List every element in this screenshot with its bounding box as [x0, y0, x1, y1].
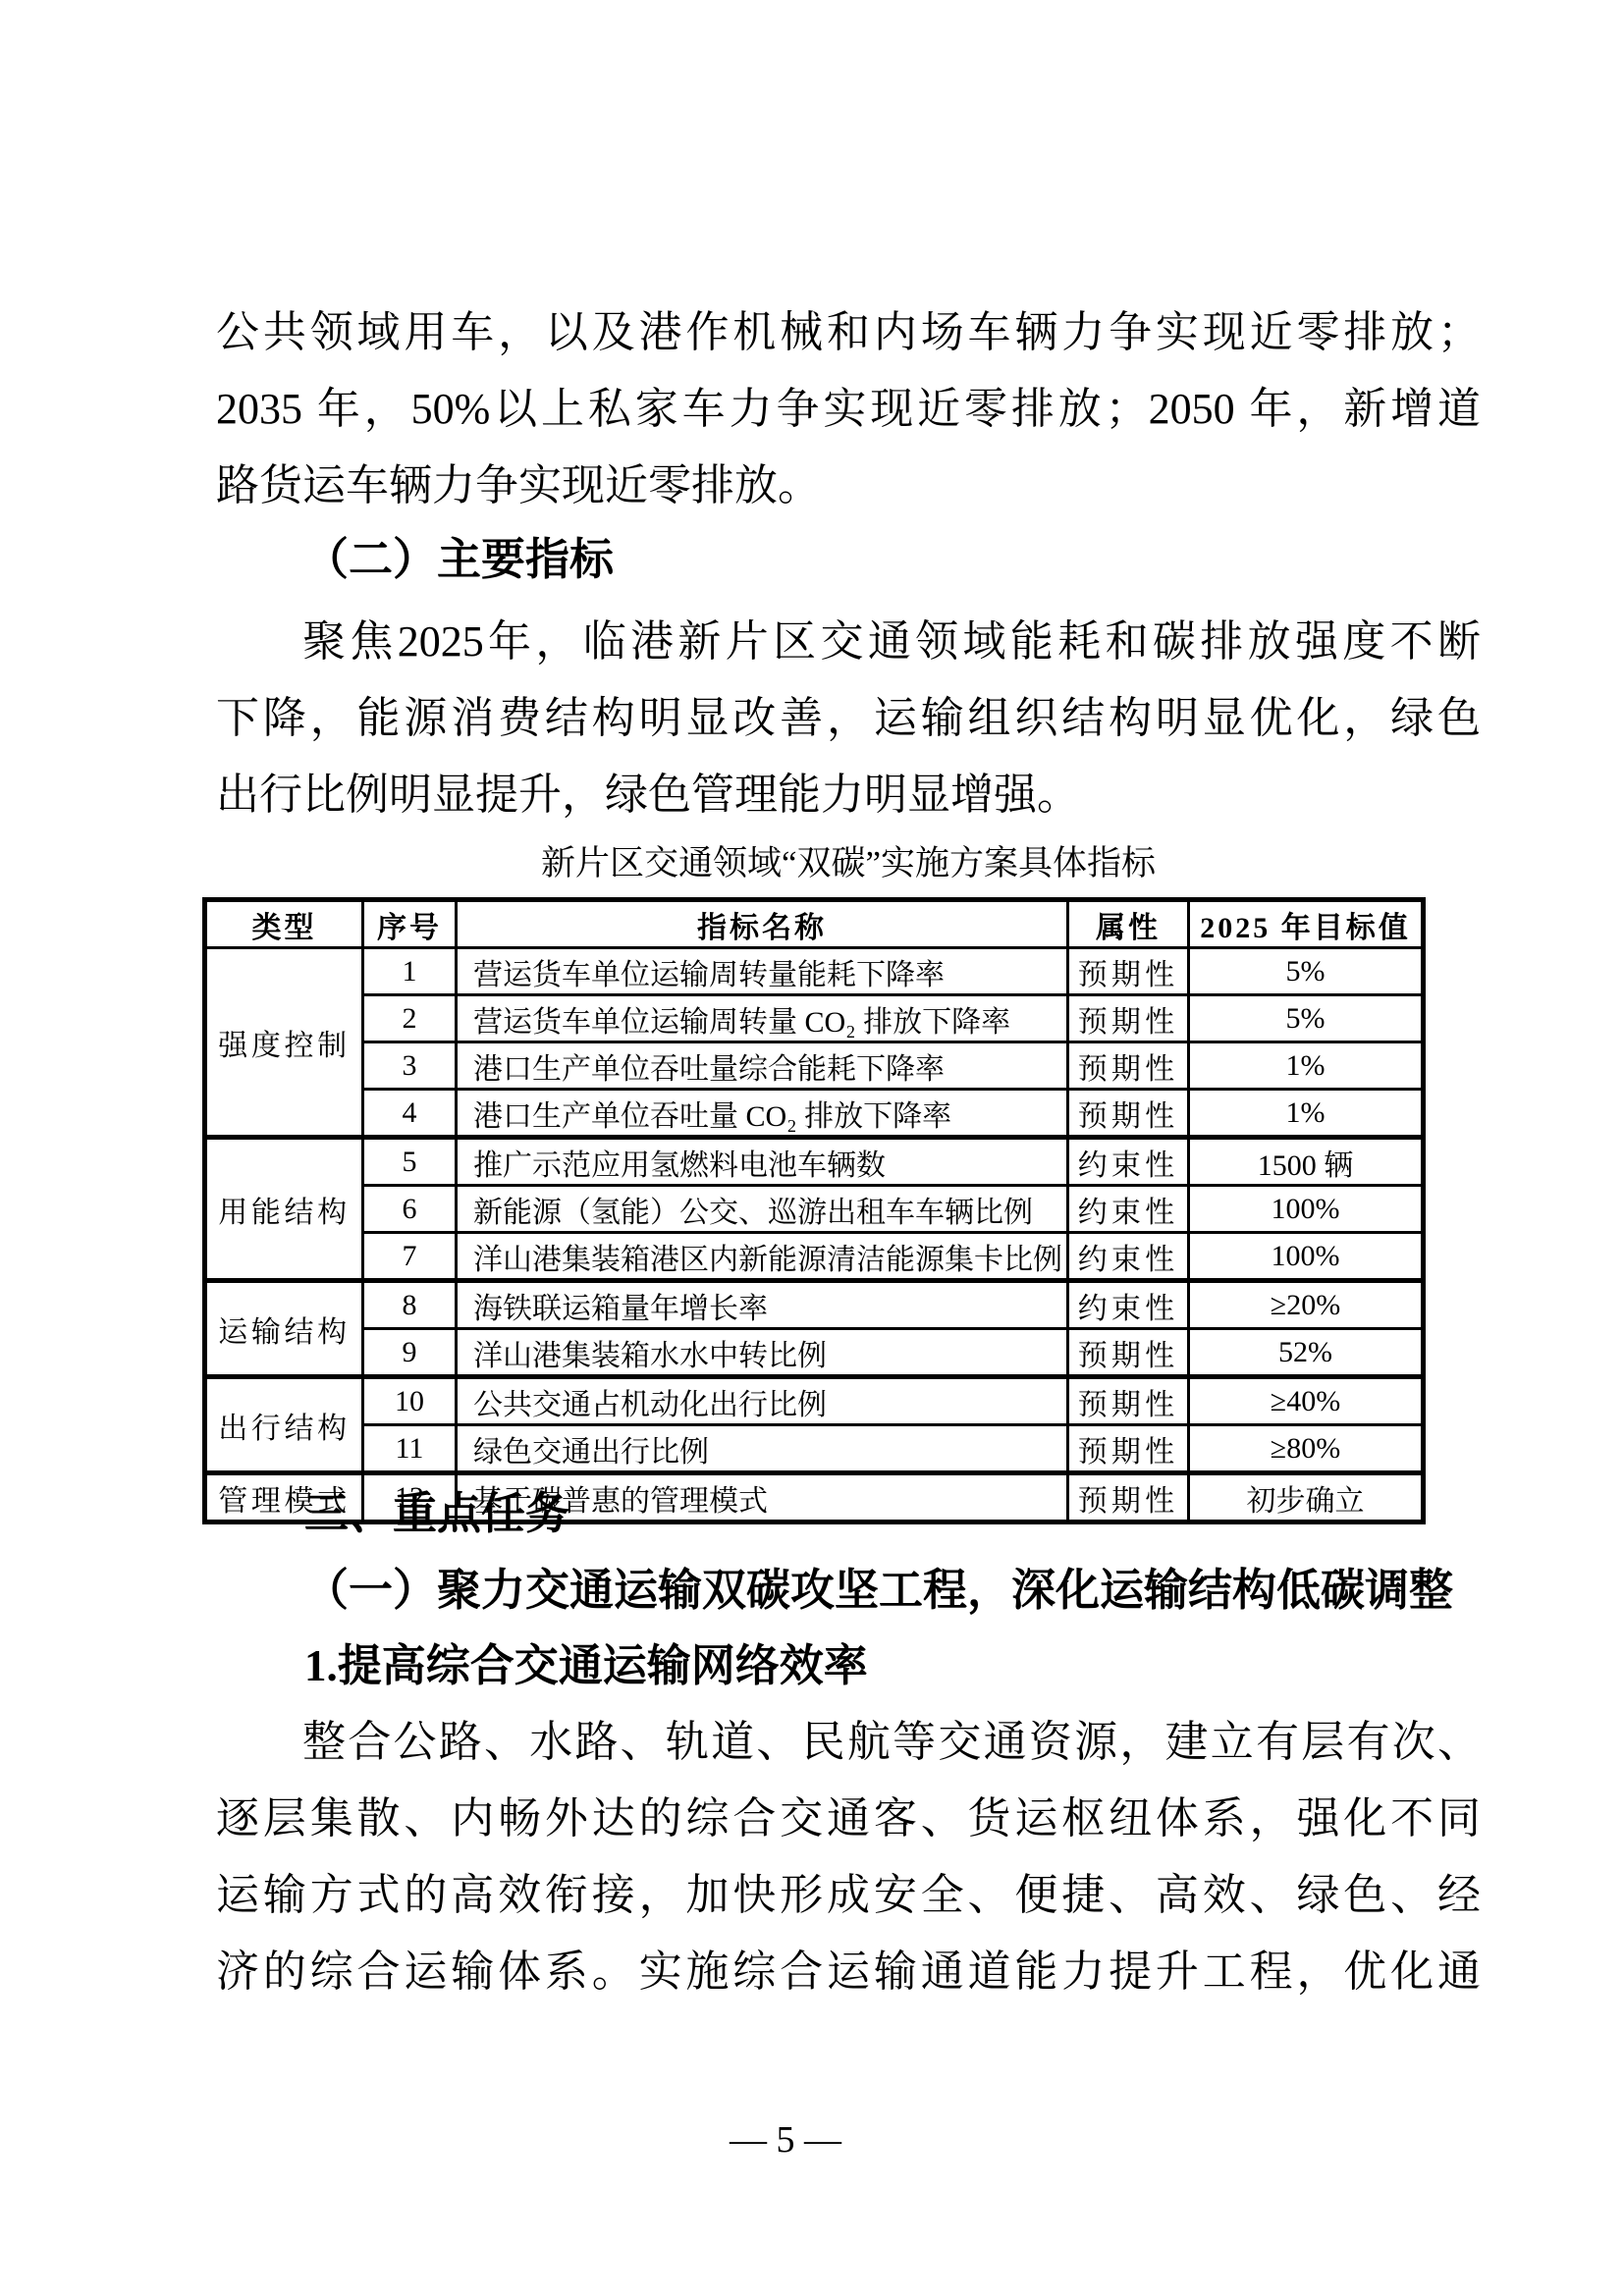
indicator-table: 类型 序号 指标名称 属性 2025 年目标值 强度控制 1 营运货车单位运输周…	[202, 897, 1426, 1524]
table-row: 强度控制 1 营运货车单位运输周转量能耗下降率 预期性 5%	[205, 948, 1424, 995]
paragraph-line: 2035 年，50%以上私家车力争实现近零排放；2050 年，新增道	[216, 371, 1481, 448]
attr-cell: 预期性	[1068, 948, 1189, 995]
paragraph-line: 公共领域用车，以及港作机械和内场车辆力争实现近零排放；	[216, 294, 1481, 371]
type-cell: 出行结构	[205, 1377, 363, 1473]
name-cell: 港口生产单位吞吐量综合能耗下降率	[457, 1042, 1068, 1090]
target-cell: 100%	[1189, 1186, 1424, 1233]
table-row: 7 洋山港集装箱港区内新能源清洁能源集卡比例 约束性 100%	[205, 1233, 1424, 1281]
name-cell: 海铁联运箱量年增长率	[457, 1281, 1068, 1329]
attr-cell: 预期性	[1068, 1377, 1189, 1425]
section-heading-3-text: 三、重点任务	[216, 1489, 569, 1538]
paragraph-line: 出行比例明显提升，绿色管理能力明显增强。	[216, 757, 1481, 833]
no-cell: 11	[363, 1425, 457, 1473]
section-heading-3: 三、重点任务	[216, 1475, 1481, 1552]
paragraph-line: 运输方式的高效衔接，加快形成安全、便捷、高效、绿色、经	[216, 1857, 1481, 1934]
name-cell: 公共交通占机动化出行比例	[457, 1377, 1068, 1425]
target-cell: 5%	[1189, 948, 1424, 995]
no-cell: 9	[363, 1329, 457, 1377]
no-cell: 3	[363, 1042, 457, 1090]
target-cell: 1%	[1189, 1042, 1424, 1090]
table-row: 2 营运货车单位运输周转量 CO₂ 排放下降率 预期性 5%	[205, 995, 1424, 1042]
paragraph-line: 整合公路、水路、轨道、民航等交通资源，建立有层有次、	[216, 1704, 1481, 1781]
target-cell: 52%	[1189, 1329, 1424, 1377]
target-cell: 1%	[1189, 1090, 1424, 1138]
target-cell: 1500 辆	[1189, 1138, 1424, 1186]
type-cell: 强度控制	[205, 948, 363, 1138]
attr-cell: 约束性	[1068, 1281, 1189, 1329]
paragraph-line: 路货运车辆力争实现近零排放。	[216, 448, 1481, 524]
no-cell: 8	[363, 1281, 457, 1329]
subsection-heading-3-1: （一）聚力交通运输双碳攻坚工程，深化运输结构低碳调整	[216, 1552, 1481, 1629]
target-cell: ≥80%	[1189, 1425, 1424, 1473]
table-row: 用能结构 5 推广示范应用氢燃料电池车辆数 约束性 1500 辆	[205, 1138, 1424, 1186]
name-cell: 绿色交通出行比例	[457, 1425, 1068, 1473]
attr-cell: 预期性	[1068, 1425, 1189, 1473]
attr-cell: 预期性	[1068, 1042, 1189, 1090]
no-cell: 4	[363, 1090, 457, 1138]
no-cell: 10	[363, 1377, 457, 1425]
target-cell: 5%	[1189, 995, 1424, 1042]
table-row: 运输结构 8 海铁联运箱量年增长率 约束性 ≥20%	[205, 1281, 1424, 1329]
no-cell: 1	[363, 948, 457, 995]
table-row: 4 港口生产单位吞吐量 CO₂ 排放下降率 预期性 1%	[205, 1090, 1424, 1138]
subsubsection-heading-3-1-1-text: 1.提高综合交通运输网络效率	[216, 1641, 868, 1690]
paragraph-3: 整合公路、水路、轨道、民航等交通资源，建立有层有次、 逐层集散、内畅外达的综合交…	[216, 1704, 1481, 2010]
header-target: 2025 年目标值	[1189, 900, 1424, 948]
table-row: 6 新能源（氢能）公交、巡游出租车车辆比例 约束性 100%	[205, 1186, 1424, 1233]
header-no: 序号	[363, 900, 457, 948]
no-cell: 5	[363, 1138, 457, 1186]
table-row: 3 港口生产单位吞吐量综合能耗下降率 预期性 1%	[205, 1042, 1424, 1090]
subsubsection-heading-3-1-1: 1.提高综合交通运输网络效率	[216, 1628, 1481, 1704]
attr-cell: 约束性	[1068, 1186, 1189, 1233]
table-row: 9 洋山港集装箱水水中转比例 预期性 52%	[205, 1329, 1424, 1377]
name-cell: 洋山港集装箱水水中转比例	[457, 1329, 1068, 1377]
name-cell: 港口生产单位吞吐量 CO₂ 排放下降率	[457, 1090, 1068, 1138]
table-caption: 新片区交通领域“双碳”实施方案具体指标	[216, 836, 1481, 891]
target-cell: ≥40%	[1189, 1377, 1424, 1425]
header-name: 指标名称	[457, 900, 1068, 948]
name-cell: 营运货车单位运输周转量 CO₂ 排放下降率	[457, 995, 1068, 1042]
no-cell: 2	[363, 995, 457, 1042]
attr-cell: 预期性	[1068, 995, 1189, 1042]
name-cell: 营运货车单位运输周转量能耗下降率	[457, 948, 1068, 995]
header-type: 类型	[205, 900, 363, 948]
attr-cell: 预期性	[1068, 1329, 1189, 1377]
table-row: 11 绿色交通出行比例 预期性 ≥80%	[205, 1425, 1424, 1473]
section-heading-2-text: （二）主要指标	[216, 535, 614, 584]
type-cell: 用能结构	[205, 1138, 363, 1281]
paragraph-line: 下降，能源消费结构明显改善，运输组织结构明显优化，绿色	[216, 680, 1481, 757]
table-header-row: 类型 序号 指标名称 属性 2025 年目标值	[205, 900, 1424, 948]
attr-cell: 预期性	[1068, 1090, 1189, 1138]
attr-cell: 约束性	[1068, 1138, 1189, 1186]
table-row: 出行结构 10 公共交通占机动化出行比例 预期性 ≥40%	[205, 1377, 1424, 1425]
target-cell: ≥20%	[1189, 1281, 1424, 1329]
target-cell: 100%	[1189, 1233, 1424, 1281]
paragraph-line: 聚焦2025年，临港新片区交通领域能耗和碳排放强度不断	[216, 604, 1481, 680]
no-cell: 7	[363, 1233, 457, 1281]
paragraph-line: 逐层集散、内畅外达的综合交通客、货运枢纽体系，强化不同	[216, 1781, 1481, 1857]
paragraph-2: 聚焦2025年，临港新片区交通领域能耗和碳排放强度不断 下降，能源消费结构明显改…	[216, 604, 1481, 833]
name-cell: 推广示范应用氢燃料电池车辆数	[457, 1138, 1068, 1186]
attr-cell: 约束性	[1068, 1233, 1189, 1281]
name-cell: 新能源（氢能）公交、巡游出租车车辆比例	[457, 1186, 1068, 1233]
section-heading-2: （二）主要指标	[216, 521, 1481, 598]
subsection-heading-3-1-text: （一）聚力交通运输双碳攻坚工程，深化运输结构低碳调整	[216, 1566, 1453, 1615]
type-cell: 运输结构	[205, 1281, 363, 1377]
paragraph-1: 公共领域用车，以及港作机械和内场车辆力争实现近零排放； 2035 年，50%以上…	[216, 294, 1481, 524]
document-page: 公共领域用车，以及港作机械和内场车辆力争实现近零排放； 2035 年，50%以上…	[0, 0, 1624, 2296]
header-attr: 属性	[1068, 900, 1189, 948]
page-number: — 5 —	[0, 2110, 1571, 2169]
paragraph-line: 济的综合运输体系。实施综合运输通道能力提升工程，优化通	[216, 1934, 1481, 2010]
name-cell: 洋山港集装箱港区内新能源清洁能源集卡比例	[457, 1233, 1068, 1281]
no-cell: 6	[363, 1186, 457, 1233]
